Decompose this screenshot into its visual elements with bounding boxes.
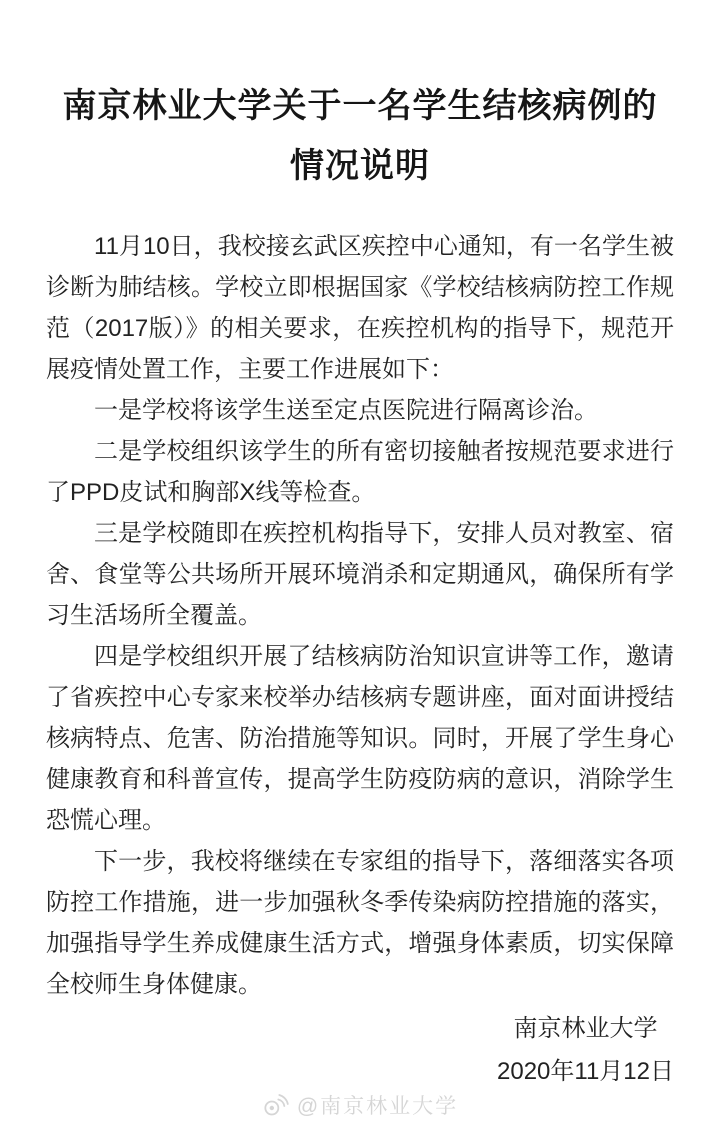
paragraph-measure-1: 一是学校将该学生送至定点医院进行隔离诊治。	[46, 390, 674, 431]
paragraph-closing: 下一步，我校将继续在专家组的指导下，落细落实各项防控工作措施，进一步加强秋冬季传…	[46, 841, 674, 1005]
watermark-text: @南京林业大学	[297, 1090, 458, 1120]
weibo-watermark: @南京林业大学	[262, 1090, 458, 1120]
weibo-icon	[262, 1093, 289, 1117]
signature-date: 2020年11月12日	[497, 1050, 674, 1093]
paragraph-measure-3: 三是学校随即在疾控机构指导下，安排人员对教室、宿舍、食堂等公共场所开展环境消杀和…	[46, 513, 674, 636]
paragraph-intro: 11月10日，我校接玄武区疾控中心通知，有一名学生被诊断为肺结核。学校立即根据国…	[46, 226, 674, 390]
paragraph-measure-4: 四是学校组织开展了结核病防治知识宣讲等工作，邀请了省疾控中心专家来校举办结核病专…	[46, 636, 674, 841]
document-title-line2: 情况说明	[36, 136, 684, 196]
paragraph-measure-2: 二是学校组织该学生的所有密切接触者按规范要求进行了PPD皮试和胸部X线等检查。	[46, 431, 674, 513]
document-title-line1: 南京林业大学关于一名学生结核病例的	[36, 76, 684, 136]
document-page: 南京林业大学关于一名学生结核病例的 情况说明 11月10日，我校接玄武区疾控中心…	[0, 0, 720, 1130]
signature-name: 南京林业大学	[497, 1007, 674, 1050]
document-title: 南京林业大学关于一名学生结核病例的 情况说明	[36, 76, 684, 196]
document-body: 11月10日，我校接玄武区疾控中心通知，有一名学生被诊断为肺结核。学校立即根据国…	[46, 226, 674, 1005]
signature-block: 南京林业大学 2020年11月12日	[0, 1007, 674, 1093]
